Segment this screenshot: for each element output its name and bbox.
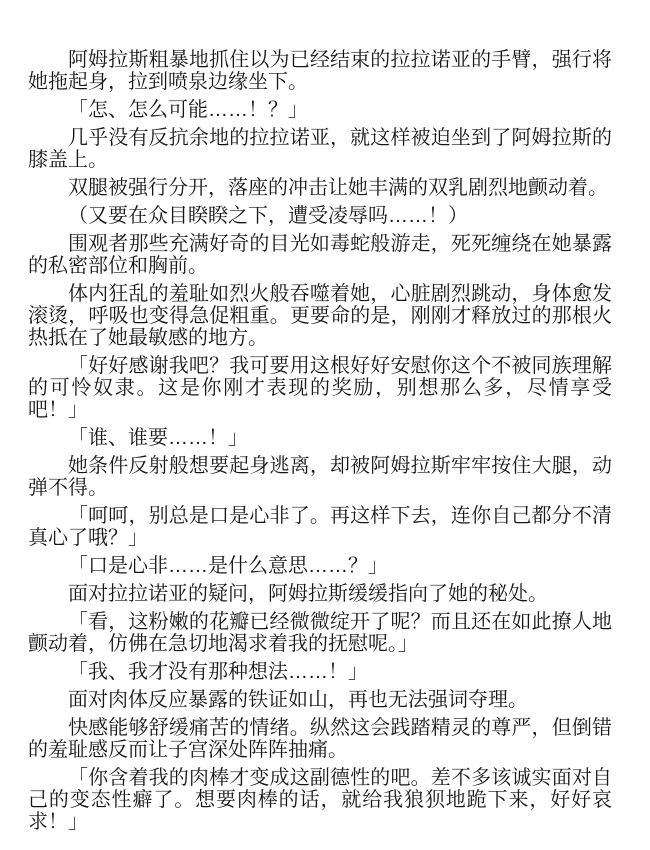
paragraph: 体内狂乱的羞耻如烈火般吞噬着她，心脏剧烈跳动，身体愈发滚烫，呼吸也变得急促粗重。… [28,283,612,349]
paragraph-dialogue: 「口是心非……是什么意思……？」 [28,555,612,577]
novel-page: 阿姆拉斯粗暴地抓住以为已经结束的拉拉诺亚的手臂，强行将她拖起身，拉到喷泉边缘坐下… [0,0,650,850]
paragraph: 围观者那些充满好奇的目光如毒蛇般游走，死死缠绕在她暴露的私密部位和胸前。 [28,233,612,277]
paragraph-dialogue: 「好好感谢我吧？我可要用这根好好安慰你这个不被同族理解的可怜奴隶。这是你刚才表现… [28,355,612,421]
paragraph-dialogue: 「呵呵，别总是口是心非了。再这样下去，连你自己都分不清真心了哦？」 [28,505,612,549]
paragraph-dialogue: 「我、我才没有那种想法……！」 [28,661,612,683]
paragraph: 几乎没有反抗余地的拉拉诺亚，就这样被迫坐到了阿姆拉斯的膝盖上。 [28,127,612,171]
paragraph-inner-thought: （又要在众目睽睽之下，遭受凌辱吗……！） [28,205,612,227]
paragraph: 双腿被强行分开，落座的冲击让她丰满的双乳剧烈地颤动着。 [28,177,612,199]
paragraph: 面对拉拉诺亚的疑问，阿姆拉斯缓缓指向了她的秘处。 [28,583,612,605]
paragraph-dialogue: 「谁、谁要……！」 [28,427,612,449]
paragraph-dialogue: 「怎、怎么可能……！？」 [28,99,612,121]
paragraph: 快感能够舒缓痛苦的情绪。纵然这会践踏精灵的尊严，但倒错的羞耻感反而让子宫深处阵阵… [28,717,612,761]
paragraph: 她条件反射般想要起身逃离，却被阿姆拉斯牢牢按住大腿，动弹不得。 [28,455,612,499]
paragraph: 面对肉体反应暴露的铁证如山，再也无法强词夺理。 [28,689,612,711]
text-content: 阿姆拉斯粗暴地抓住以为已经结束的拉拉诺亚的手臂，强行将她拖起身，拉到喷泉边缘坐下… [28,49,612,833]
paragraph-dialogue: 「看，这粉嫩的花瓣已经微微绽开了呢？而且还在如此撩人地颤动着，仿佛在急切地渴求着… [28,611,612,655]
paragraph-dialogue: 「你含着我的肉棒才变成这副德性的吧。差不多该诚实面对自己的变态性癖了。想要肉棒的… [28,767,612,833]
paragraph: 阿姆拉斯粗暴地抓住以为已经结束的拉拉诺亚的手臂，强行将她拖起身，拉到喷泉边缘坐下… [28,49,612,93]
